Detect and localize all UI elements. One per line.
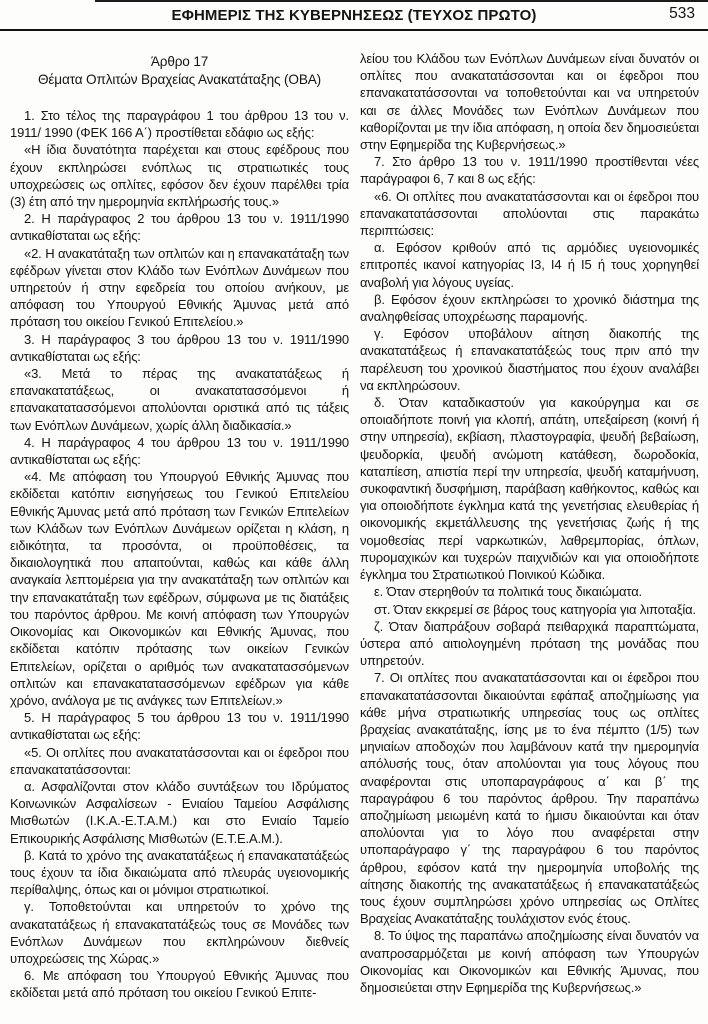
article-body: Άρθρο 17 Θέματα Οπλιτών Βραχείας Ανακατά…: [0, 39, 708, 1002]
paragraph: 3. Η παράγραφος 3 του άρθρου 13 του ν. 1…: [10, 331, 349, 365]
paragraph: 2. Η παράγραφος 2 του άρθρου 13 του ν. 1…: [10, 210, 349, 244]
paragraph: ε. Όταν στερηθούν τα πολιτικά τους δικαι…: [360, 583, 699, 600]
paragraph: «Η ίδια δυνατότητα παρέχεται και στους ε…: [10, 141, 349, 210]
paragraph: «5. Οι οπλίτες που ανακατατάσσονται και …: [10, 744, 349, 778]
paragraph: 8. Το ύψος της παραπάνω αποζημίωσης είνα…: [360, 927, 699, 996]
gazette-title: ΕΦΗΜΕΡΙΣ ΤΗΣ ΚΥΒΕΡΝΗΣΕΩΣ (ΤΕΥΧΟΣ ΠΡΩΤΟ): [0, 7, 708, 24]
paragraph: β. Εφόσον έχουν εκπληρώσει το χρονικό δι…: [360, 291, 699, 325]
article-heading: Άρθρο 17 Θέματα Οπλιτών Βραχείας Ανακατά…: [10, 53, 349, 88]
paragraph: 4. Η παράγραφος 4 του άρθρου 13 του ν. 1…: [10, 434, 349, 468]
paragraph: 1. Στο τέλος της παραγράφου 1 του άρθρου…: [10, 107, 349, 141]
paragraph: «6. Οι οπλίτες που ανακατατάσσονται και …: [360, 188, 699, 240]
article-title: Θέματα Οπλιτών Βραχείας Ανακατάταξης (ΟΒ…: [10, 71, 349, 89]
paragraph: 6. Με απόφαση του Υπουργού Εθνικής Άμυνα…: [10, 967, 349, 1001]
paragraph: «2. Η ανακατάταξη των οπλιτών και η επαν…: [10, 245, 349, 331]
paragraph-continuation: λείου του Κλάδου των Ενόπλων Δυνάμεων εί…: [360, 50, 699, 153]
paragraph: γ. Εφόσον υποβάλουν αίτηση διακοπής της …: [360, 325, 699, 394]
paragraph: α. Εφόσον κριθούν από τις αρμόδιες υγειο…: [360, 239, 699, 291]
paragraph: δ. Όταν καταδικαστούν για κακούργημα και…: [360, 394, 699, 583]
paragraph: «4. Με απόφαση του Υπουργού Εθνικής Άμυν…: [10, 468, 349, 709]
paragraph: γ. Τοποθετούνται και υπηρετούν το χρόνο …: [10, 898, 349, 967]
page-header: ΕΦΗΜΕΡΙΣ ΤΗΣ ΚΥΒΕΡΝΗΣΕΩΣ (ΤΕΥΧΟΣ ΠΡΩΤΟ) …: [0, 0, 708, 26]
article-number: Άρθρο 17: [10, 53, 349, 71]
paragraph: ζ. Όταν διαπράξουν σοβαρά πειθαρχικά παρ…: [360, 618, 699, 670]
gazette-page: ΕΦΗΜΕΡΙΣ ΤΗΣ ΚΥΒΕΡΝΗΣΕΩΣ (ΤΕΥΧΟΣ ΠΡΩΤΟ) …: [0, 0, 708, 1024]
paragraph: α. Ασφαλίζονται στον κλάδο συντάξεων του…: [10, 778, 349, 847]
right-column: λείου του Κλάδου των Ενόπλων Δυνάμεων εί…: [360, 50, 699, 1002]
header-rule: [0, 29, 708, 31]
left-column: Άρθρο 17 Θέματα Οπλιτών Βραχείας Ανακατά…: [10, 50, 349, 1002]
paragraph: 5. Η παράγραφος 5 του άρθρου 13 του ν. 1…: [10, 709, 349, 743]
paragraph: στ. Όταν εκκρεμεί σε βάρος τους κατηγορί…: [360, 601, 699, 618]
page-number: 533: [669, 5, 695, 23]
paragraph: 7. Οι οπλίτες που ανακατατάσσονται και ο…: [360, 669, 699, 927]
paragraph: 7. Στο άρθρο 13 του ν. 1911/1990 προστίθ…: [360, 153, 699, 187]
paragraph: «3. Μετά το πέρας της ανακατατάξεως ή επ…: [10, 365, 349, 434]
paragraph: β. Κατά το χρόνο της ανακατατάξεως ή επα…: [10, 847, 349, 899]
